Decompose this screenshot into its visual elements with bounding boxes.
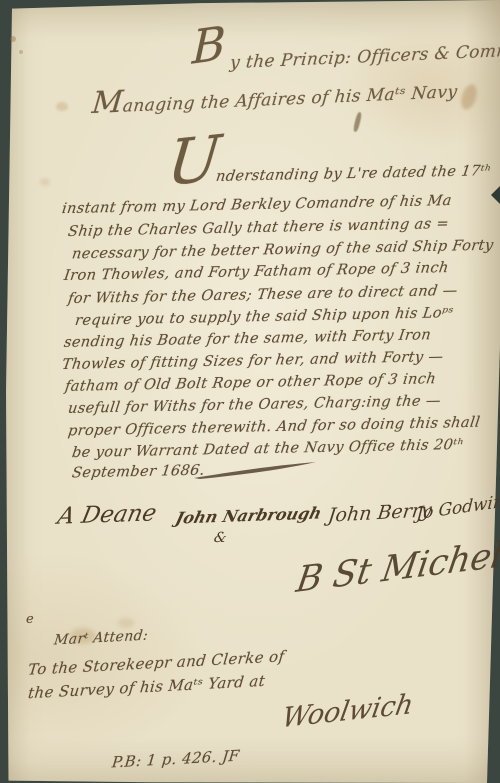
margin-mark: e (26, 612, 34, 627)
body-initial-letter: U (164, 121, 224, 201)
heading-flourish-initial: B (191, 15, 227, 75)
signature-deane: A Deane (55, 500, 159, 530)
manuscript-line: September 1686. (71, 463, 206, 482)
photographed-document: B y the Princip: Officers & Commʳˢ for M… (0, 0, 500, 783)
